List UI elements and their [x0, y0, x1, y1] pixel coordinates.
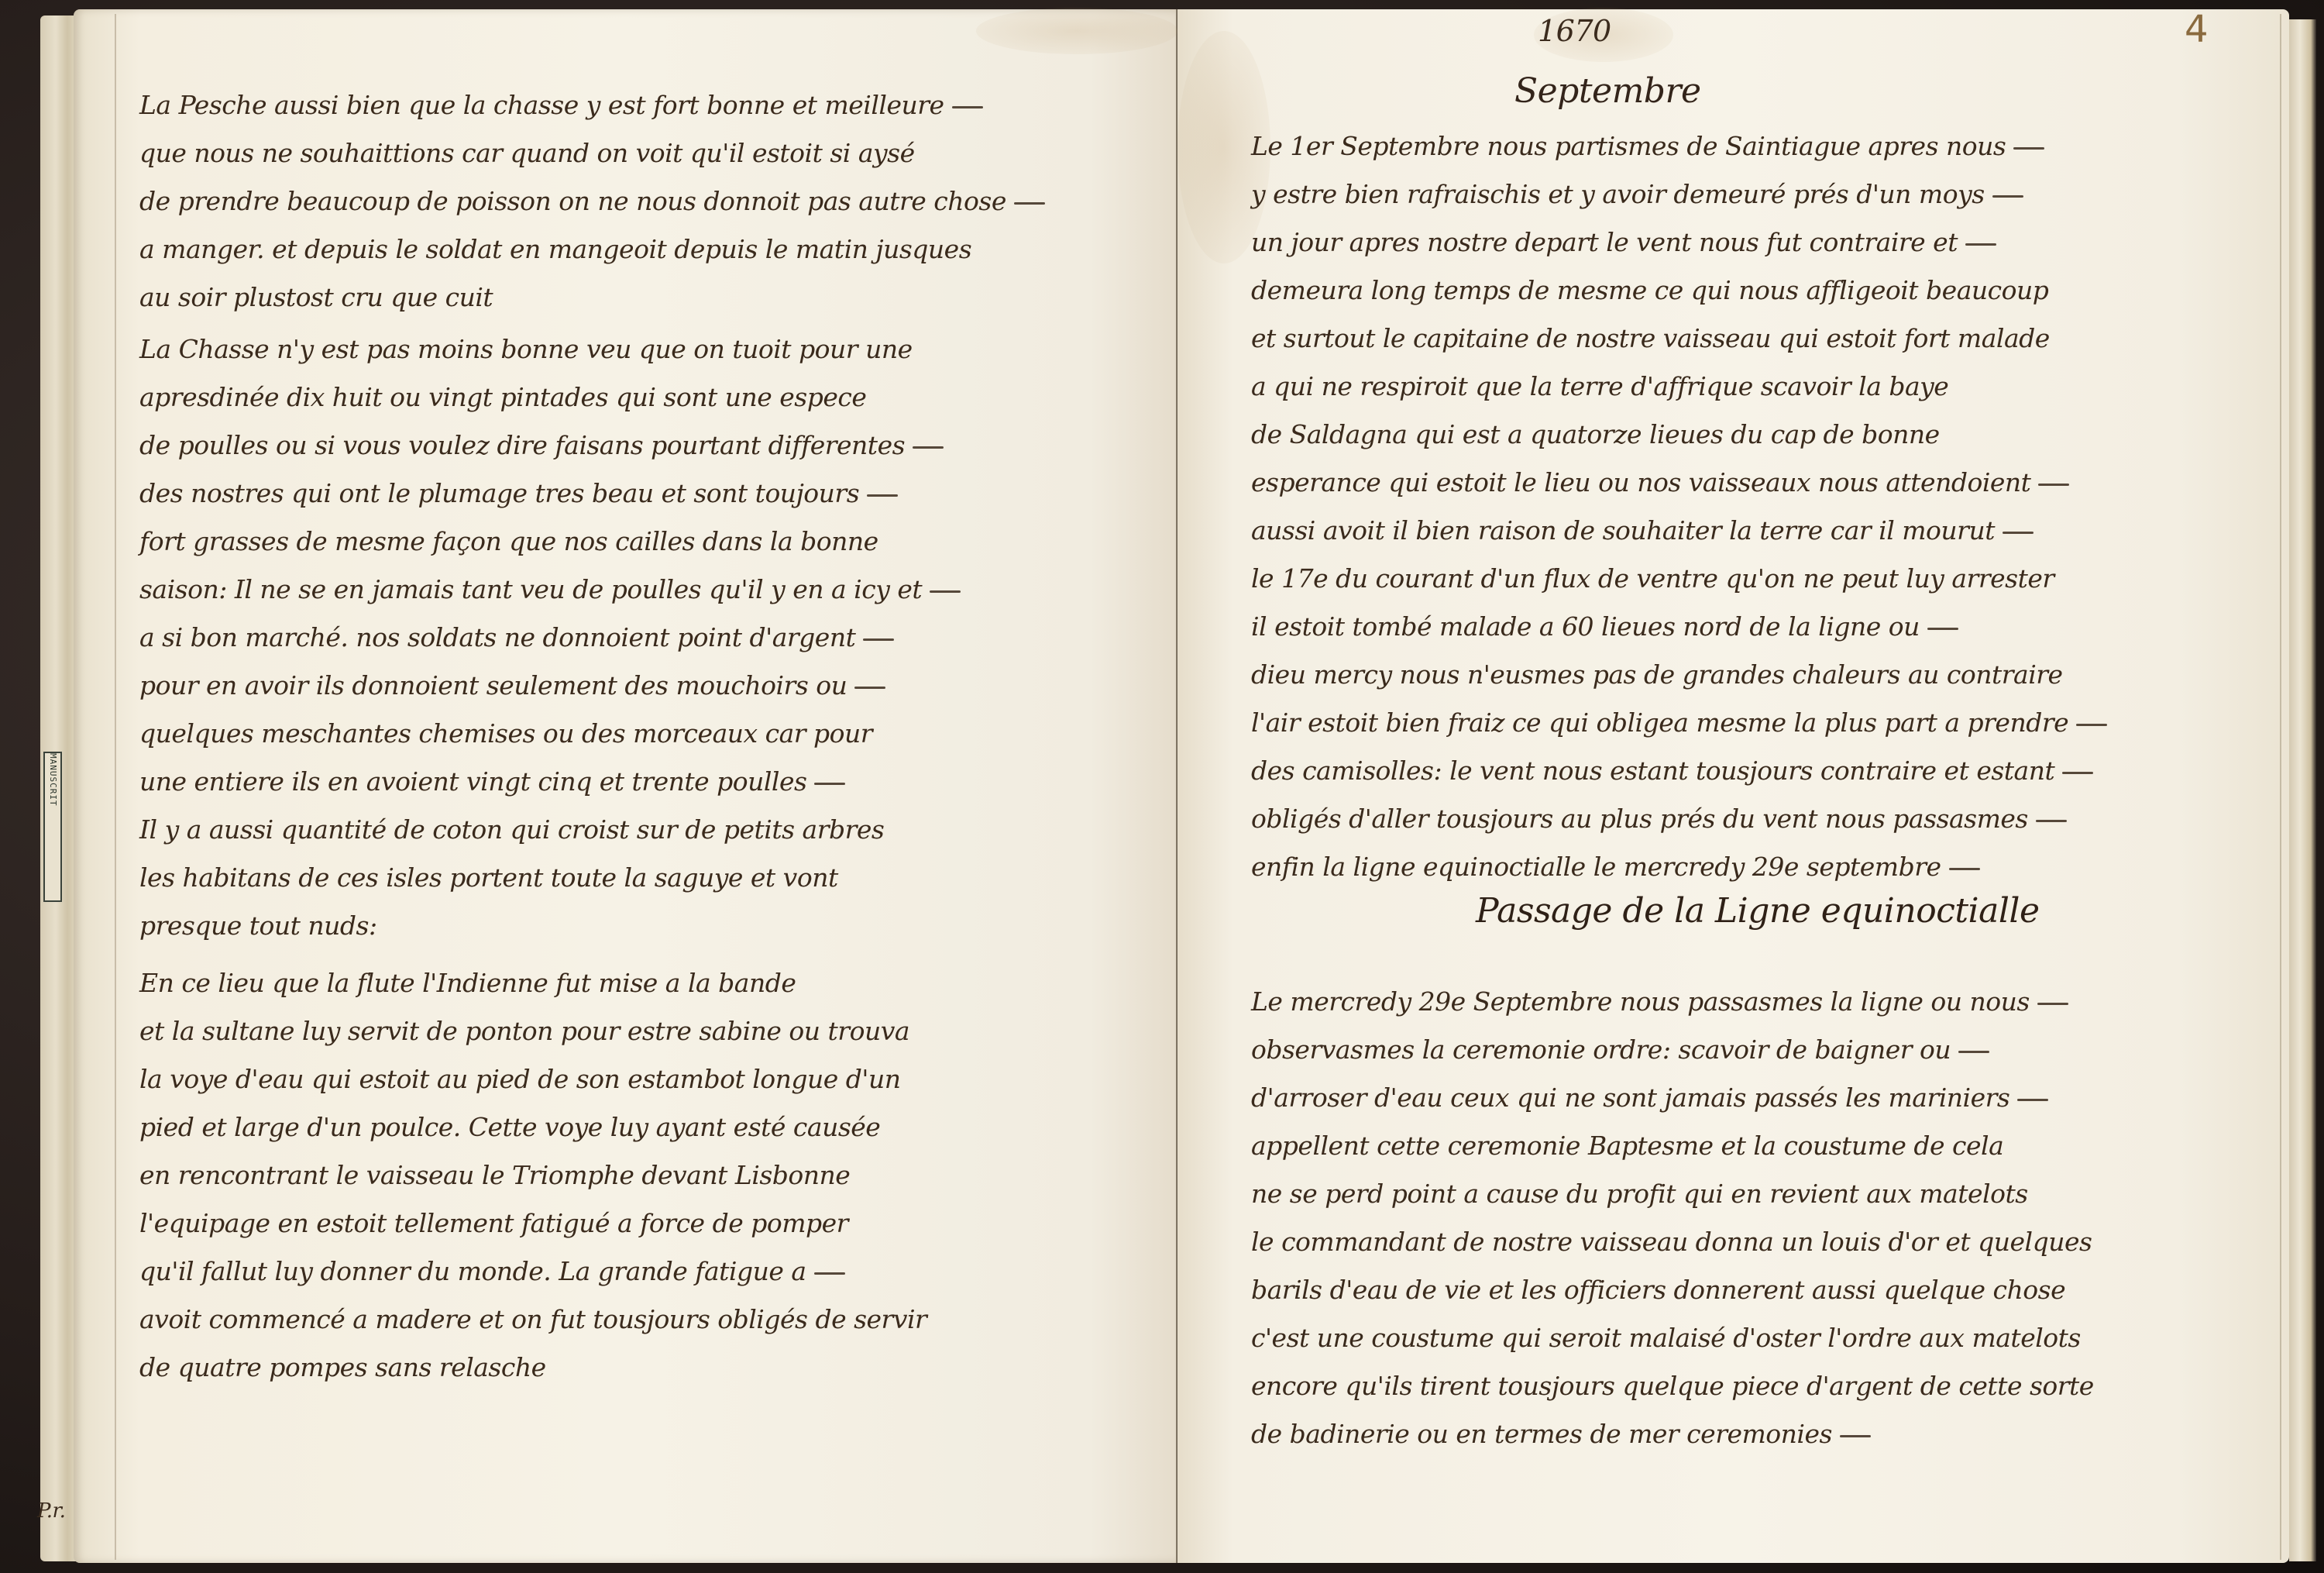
manuscript-line: pied et large d'un poulce. Cette voye lu…	[139, 1103, 927, 1151]
manuscript-line: de prendre beaucoup de poisson on ne nou…	[139, 177, 1045, 225]
manuscript-line: avoit commencé a madere et on fut tousjo…	[139, 1296, 927, 1344]
left-paragraph-2: La Chasse n'y est pas moins bonne veu qu…	[139, 325, 961, 950]
manuscript-line: une entiere ils en avoient vingt cinq et…	[139, 758, 961, 806]
manuscript-line: de quatre pompes sans relasche	[139, 1344, 927, 1392]
left-margin-rule	[115, 14, 116, 1560]
month-heading: Septembre	[1514, 71, 1701, 111]
manuscript-line: En ce lieu que la flute l'Indienne fut m…	[139, 959, 927, 1007]
manuscript-line: observasmes la ceremonie ordre: scavoir …	[1251, 1026, 2094, 1074]
manuscript-line: dieu mercy nous n'eusmes pas de grandes …	[1251, 651, 2107, 699]
edge-label: MANUSCRIT	[43, 752, 62, 902]
manuscript-line: un jour apres nostre depart le vent nous…	[1251, 219, 2107, 267]
manuscript-line: a manger. et depuis le soldat en mangeoi…	[139, 225, 1045, 274]
manuscript-line: des camisolles: le vent nous estant tous…	[1251, 747, 2107, 795]
manuscript-line: Le mercredy 29e Septembre nous passasmes…	[1251, 978, 2094, 1026]
manuscript-line: La Pesche aussi bien que la chasse y est…	[139, 81, 1045, 129]
manuscript-line: et la sultane luy servit de ponton pour …	[139, 1007, 927, 1055]
manuscript-line: au soir plustost cru que cuit	[139, 274, 1045, 322]
manuscript-line: la voye d'eau qui estoit au pied de son …	[139, 1055, 927, 1103]
manuscript-line: le 17e du courant d'un flux de ventre qu…	[1251, 555, 2107, 603]
left-paragraph-1: La Pesche aussi bien que la chasse y est…	[139, 81, 1045, 322]
manuscript-line: de badinerie ou en termes de mer ceremon…	[1251, 1410, 2094, 1458]
manuscript-line: le commandant de nostre vaisseau donna u…	[1251, 1218, 2094, 1266]
right-margin-rule	[2280, 14, 2281, 1560]
manuscript-line: encore qu'ils tirent tousjours quelque p…	[1251, 1362, 2094, 1410]
manuscript-line: que nous ne souhaittions car quand on vo…	[139, 129, 1045, 177]
manuscript-line: en rencontrant le vaisseau le Triomphe d…	[139, 1151, 927, 1200]
manuscript-line: il estoit tombé malade a 60 lieues nord …	[1251, 603, 2107, 651]
manuscript-line: a si bon marché. nos soldats ne donnoien…	[139, 614, 961, 662]
manuscript-line: et surtout le capitaine de nostre vaisse…	[1251, 315, 2107, 363]
manuscript-line: y estre bien rafraischis et y avoir deme…	[1251, 170, 2107, 219]
manuscript-line: apresdinée dix huit ou vingt pintades qu…	[139, 373, 961, 422]
manuscript-line: Il y a aussi quantité de coton qui crois…	[139, 806, 961, 854]
manuscript-line: saison: Il ne se en jamais tant veu de p…	[139, 566, 961, 614]
manuscript-line: enfin la ligne equinoctialle le mercredy…	[1251, 843, 2107, 891]
manuscript-line: de poulles ou si vous voulez dire faisan…	[139, 422, 961, 470]
manuscript-line: ne se perd point a cause du profit qui e…	[1251, 1170, 2094, 1218]
manuscript-line: La Chasse n'y est pas moins bonne veu qu…	[139, 325, 961, 373]
manuscript-line: quelques meschantes chemises ou des morc…	[139, 710, 961, 758]
manuscript-line: c'est une coustume qui seroit malaisé d'…	[1251, 1314, 2094, 1362]
manuscript-line: esperance qui estoit le lieu ou nos vais…	[1251, 459, 2107, 507]
manuscript-line: Le 1er Septembre nous partismes de Saint…	[1251, 122, 2107, 170]
manuscript-line: l'air estoit bien fraiz ce qui obligea m…	[1251, 699, 2107, 747]
section-heading: Passage de la Ligne equinoctialle	[1476, 891, 2040, 931]
left-paragraph-3: En ce lieu que la flute l'Indienne fut m…	[139, 959, 927, 1392]
folio-number: 4	[2185, 8, 2208, 51]
manuscript-line: presque tout nuds:	[139, 902, 961, 950]
manuscript-line: barils d'eau de vie et les officiers don…	[1251, 1266, 2094, 1314]
manuscript-line: aussi avoit il bien raison de souhaiter …	[1251, 507, 2107, 555]
right-paragraph-2: Le mercredy 29e Septembre nous passasmes…	[1251, 978, 2094, 1458]
manuscript-line: qu'il fallut luy donner du monde. La gra…	[139, 1248, 927, 1296]
manuscript-line: des nostres qui ont le plumage tres beau…	[139, 470, 961, 518]
edge-label-text: MANUSCRIT	[45, 753, 60, 900]
manuscript-line: de Saldagna qui est a quatorze lieues du…	[1251, 411, 2107, 459]
manuscript-line: pour en avoir ils donnoient seulement de…	[139, 662, 961, 710]
right-paragraph-1: Le 1er Septembre nous partismes de Saint…	[1251, 122, 2107, 891]
water-stain	[976, 8, 1177, 54]
corner-mark: P.r.	[37, 1499, 65, 1523]
manuscript-line: obligés d'aller tousjours au plus prés d…	[1251, 795, 2107, 843]
manuscript-line: les habitans de ces isles portent toute …	[139, 854, 961, 902]
year-heading: 1670	[1538, 14, 1611, 48]
manuscript-line: a qui ne respiroit que la terre d'affriq…	[1251, 363, 2107, 411]
manuscript-line: appellent cette ceremonie Baptesme et la…	[1251, 1122, 2094, 1170]
manuscript-line: fort grasses de mesme façon que nos cail…	[139, 518, 961, 566]
manuscript-line: l'equipage en estoit tellement fatigué a…	[139, 1200, 927, 1248]
right-page-edges	[2289, 19, 2316, 1561]
manuscript-line: demeura long temps de mesme ce qui nous …	[1251, 267, 2107, 315]
manuscript-line: d'arroser d'eau ceux qui ne sont jamais …	[1251, 1074, 2094, 1122]
